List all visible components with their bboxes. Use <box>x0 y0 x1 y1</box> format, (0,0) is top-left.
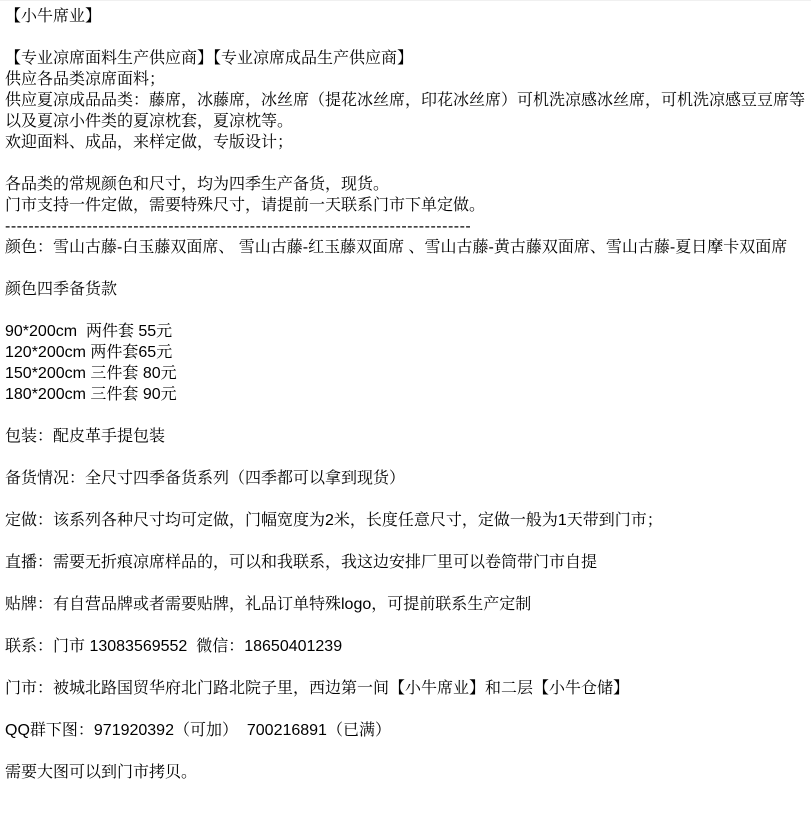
supply-line-materials: 供应各品类凉席面料； <box>5 69 809 90</box>
address-line: 门市：被城北路国贸华府北门路北院子里，西边第一间【小牛席业】和二层【小牛仓储】 <box>5 678 809 699</box>
branding-line: 贴牌：有自营品牌或者需要贴牌，礼品订单特殊logo，可提前联系生产定制 <box>5 594 809 615</box>
supply-line-products: 供应夏凉成品品类：藤席，冰藤席，冰丝席（提花冰丝席，印花冰丝席）可机洗凉感冰丝席… <box>5 90 809 111</box>
price-line: 90*200cm 两件套 55元 <box>5 321 809 342</box>
price-line: 120*200cm 两件套65元 <box>5 342 809 363</box>
supplier-banner: 【专业凉席面料生产供应商】【专业凉席成品生产供应商】 <box>5 48 809 69</box>
blank-line <box>5 657 809 678</box>
blank-line <box>5 27 809 48</box>
contact-line: 联系：门市 13083569552 微信：18650401239 <box>5 636 809 657</box>
blank-line <box>5 699 809 720</box>
blank-line <box>5 489 809 510</box>
blank-line <box>5 258 809 279</box>
blank-line <box>5 447 809 468</box>
stock-status-line: 备货情况：全尺寸四季备货系列（四季都可以拿到现货） <box>5 468 809 489</box>
blank-line <box>5 153 809 174</box>
blank-line <box>5 615 809 636</box>
qq-groups-line: QQ群下图：971920392（可加） 700216891（已满） <box>5 720 809 741</box>
stock-policy-line-1: 各品类的常规颜色和尺寸，均为四季生产备货，现货。 <box>5 174 809 195</box>
stock-policy-line-2: 门市支持一件定做，需要特殊尺寸，请提前一天联系门市下单定做。 <box>5 195 809 216</box>
text-document: 【小牛席业】 【专业凉席面料生产供应商】【专业凉席成品生产供应商】 供应各品类凉… <box>0 0 811 823</box>
divider-line: ----------------------------------------… <box>5 216 809 237</box>
custom-order-line: 定做：该系列各种尺寸均可定做，门幅宽度为2米，长度任意尺寸，定做一般为1天带到门… <box>5 510 809 531</box>
blank-line <box>5 741 809 762</box>
packaging-line: 包装：配皮革手提包装 <box>5 426 809 447</box>
blank-line <box>5 573 809 594</box>
blank-line <box>5 531 809 552</box>
footer-note: 需要大图可以到门市拷贝。 <box>5 762 809 783</box>
price-line: 150*200cm 三件套 80元 <box>5 363 809 384</box>
season-heading: 颜色四季备货款 <box>5 279 809 300</box>
livestream-line: 直播：需要无折痕凉席样品的，可以和我联系，我这边安排厂里可以卷筒带门市自提 <box>5 552 809 573</box>
page-title: 【小牛席业】 <box>5 6 809 27</box>
supply-line-welcome: 欢迎面料、成品，来样定做，专版设计； <box>5 132 809 153</box>
blank-line <box>5 405 809 426</box>
price-line: 180*200cm 三件套 90元 <box>5 384 809 405</box>
blank-line <box>5 300 809 321</box>
supply-line-accessories: 以及夏凉小件类的夏凉枕套，夏凉枕等。 <box>5 111 809 132</box>
colors-line: 颜色：雪山古藤-白玉藤双面席、 雪山古藤-红玉藤双面席 、雪山古藤-黄古藤双面席… <box>5 237 809 258</box>
